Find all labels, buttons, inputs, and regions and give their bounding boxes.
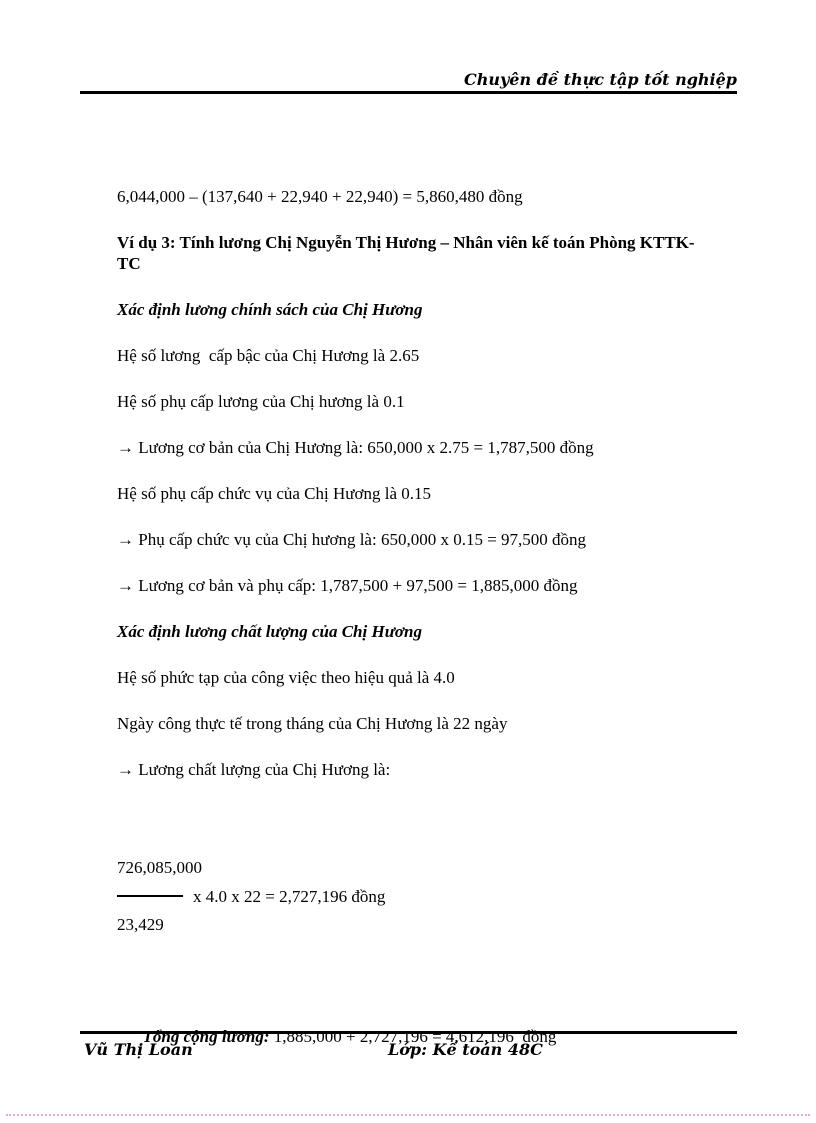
coefficient-rank-line: Hệ số lương cấp bậc của Chị Hương là 2.6… [117, 345, 697, 366]
coefficient-allowance-line: Hệ số phụ cấp lương của Chị hương là 0.1 [117, 391, 697, 412]
footer-class-label: Lớp: Kế toán 48C [388, 1040, 543, 1059]
quality-salary-intro-line: → Lương chất lượng của Chị Hương là: [117, 759, 697, 780]
page-footer: Vũ Thị Loan Lớp: Kế toán 48C [80, 1031, 737, 1071]
working-days-line: Ngày công thực tế trong tháng của Chị Hư… [117, 713, 697, 734]
blank-line-spacer [117, 805, 697, 857]
fraction-denominator: 23,429 [117, 914, 697, 935]
fraction-expression: x 4.0 x 22 = 2,727,196 đồng [193, 886, 385, 907]
position-allowance-formula-line: → Phụ cấp chức vụ của Chị hương là: 650,… [117, 529, 697, 550]
document-body: 6,044,000 – (137,640 + 22,940 + 22,940) … [117, 186, 697, 1068]
position-allowance-coefficient-line: Hệ số phụ cấp chức vụ của Chị Hương là 0… [117, 483, 697, 504]
basic-salary-formula-line: → Lương cơ bản của Chị Hương là: 650,000… [117, 437, 697, 458]
page-header: Chuyên đề thực tập tốt nghiệp [80, 70, 737, 94]
example-3-heading: Ví dụ 3: Tính lương Chị Nguyễn Thị Hương… [117, 232, 697, 274]
formula-net-salary-line: 6,044,000 – (137,640 + 22,940 + 22,940) … [117, 186, 697, 207]
fraction-numerator: 726,085,000 [117, 857, 697, 878]
blank-line-spacer [117, 935, 697, 1005]
basic-plus-allowance-formula-line: → Lương cơ bản và phụ cấp: 1,787,500 + 9… [117, 575, 697, 596]
document-page: Chuyên đề thực tập tốt nghiệp 6,044,000 … [0, 0, 816, 1123]
section-heading-policy-salary: Xác định lương chính sách của Chị Hương [117, 299, 697, 320]
fraction-bar-row: x 4.0 x 22 = 2,727,196 đồng [117, 884, 697, 908]
footer-author-name: Vũ Thị Loan [84, 1040, 193, 1059]
complexity-coefficient-line: Hệ số phức tạp của công việc theo hiệu q… [117, 667, 697, 688]
running-title: Chuyên đề thực tập tốt nghiệp [464, 70, 737, 89]
fraction-bar-line [117, 895, 183, 897]
section-heading-quality-salary: Xác định lương chất lượng của Chị Hương [117, 621, 697, 642]
page-bottom-dotted-separator [6, 1114, 810, 1116]
quality-salary-fraction: 726,085,000 x 4.0 x 22 = 2,727,196 đồng … [117, 857, 697, 935]
